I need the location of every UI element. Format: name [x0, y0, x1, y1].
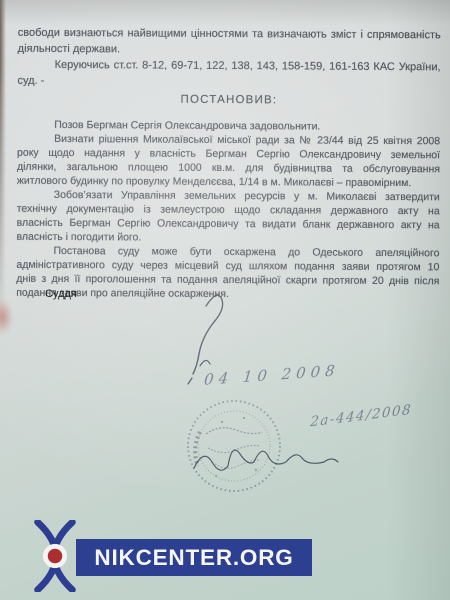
resolution-heading: ПОСТАНОВИВ: [17, 93, 440, 108]
photo-top-shade [0, 0, 450, 26]
judge-label: Суддя [45, 288, 77, 300]
watermark-banner: NIKCENTER.ORG [0, 515, 450, 600]
site-name: NIKCENTER.ORG [94, 545, 293, 571]
text-line: Керуючись ст.ст. 8-12, 69-71, 122, 138, … [18, 57, 441, 76]
fingertip-at-edge [0, 299, 13, 335]
document-photo: свободи визнаються найвищими цінностями … [0, 0, 450, 600]
handwritten-case-number: 2а-444/2008 [310, 402, 413, 431]
site-name-box: NIKCENTER.ORG [76, 539, 312, 576]
stamp-signature [188, 438, 353, 486]
preamble-paragraph: свободи визнаються найвищими цінностями … [17, 25, 440, 92]
text-line: суд. - [17, 73, 440, 92]
resolution-paragraphs: Позов Бергман Сергія Олександровича задо… [16, 118, 440, 303]
photo-edge-shadow [0, 0, 8, 345]
